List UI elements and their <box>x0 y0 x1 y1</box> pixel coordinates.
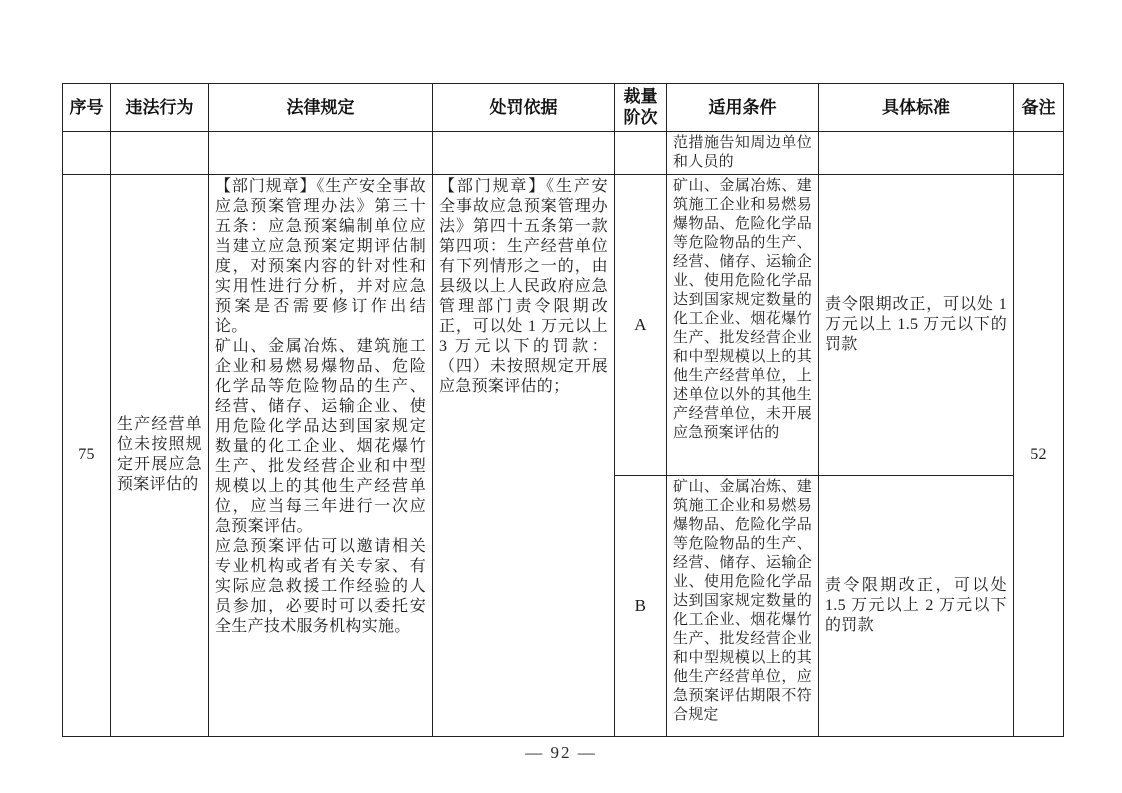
cell-legal-provision: 【部门规章】《生产安全事故应急预案管理办法》第三十五条：应急预案编制单位应当建立… <box>209 174 433 736</box>
header-seq: 序号 <box>63 84 111 132</box>
carryover-standard-cell <box>819 131 1014 174</box>
header-specific-standard: 具体标准 <box>819 84 1014 132</box>
carryover-remark-cell <box>1014 131 1064 174</box>
page-number: — 92 — <box>0 743 1122 763</box>
header-remark: 备注 <box>1014 84 1064 132</box>
carryover-violation-cell <box>111 131 209 174</box>
document-page: 序号 违法行为 法律规定 处罚依据 裁量 阶次 适用条件 具体标准 备注 范措施… <box>0 0 1122 793</box>
carryover-condition-cell: 范措施告知周边单位和人员的 <box>667 131 819 174</box>
cell-seq: 75 <box>63 174 111 736</box>
cell-penalty-basis: 【部门规章】《生产安全事故应急预案管理办法》第四十五条第一款第四项：生产经营单位… <box>433 174 615 736</box>
cell-violation: 生产经营单位未按照规定开展应急预案评估的 <box>111 174 209 736</box>
carryover-penalty-basis-cell <box>433 131 615 174</box>
carryover-seq-cell <box>63 131 111 174</box>
header-violation: 违法行为 <box>111 84 209 132</box>
tier-a-level-cell: A <box>615 174 667 475</box>
header-discretion-tier: 裁量 阶次 <box>615 84 667 132</box>
carryover-tier-cell <box>615 131 667 174</box>
tier-a-condition-cell: 矿山、金属冶炼、建筑施工企业和易燃易爆物品、危险化学品等危险物品的生产、经营、储… <box>667 174 819 475</box>
header-legal-provision: 法律规定 <box>209 84 433 132</box>
header-penalty-basis: 处罚依据 <box>433 84 615 132</box>
carryover-legal-provision-cell <box>209 131 433 174</box>
tier-b-level-cell: B <box>615 475 667 736</box>
tier-a-standard-cell: 责令限期改正，可以处 1 万元以上 1.5 万元以下的罚款 <box>819 174 1014 475</box>
table-header-row: 序号 违法行为 法律规定 处罚依据 裁量 阶次 适用条件 具体标准 备注 <box>63 84 1064 132</box>
tier-b-condition-cell: 矿山、金属冶炼、建筑施工企业和易燃易爆物品、危险化学品等危险物品的生产、经营、储… <box>667 475 819 736</box>
cell-remark: 52 <box>1014 174 1064 736</box>
header-applicable-condition: 适用条件 <box>667 84 819 132</box>
row-75-tier-a: 75 生产经营单位未按照规定开展应急预案评估的 【部门规章】《生产安全事故应急预… <box>63 174 1064 475</box>
tier-b-standard-cell: 责令限期改正，可以处 1.5 万元以上 2 万元以下的罚款 <box>819 475 1014 736</box>
penalty-discretion-table: 序号 违法行为 法律规定 处罚依据 裁量 阶次 适用条件 具体标准 备注 范措施… <box>62 83 1064 737</box>
carryover-row: 范措施告知周边单位和人员的 <box>63 131 1064 174</box>
